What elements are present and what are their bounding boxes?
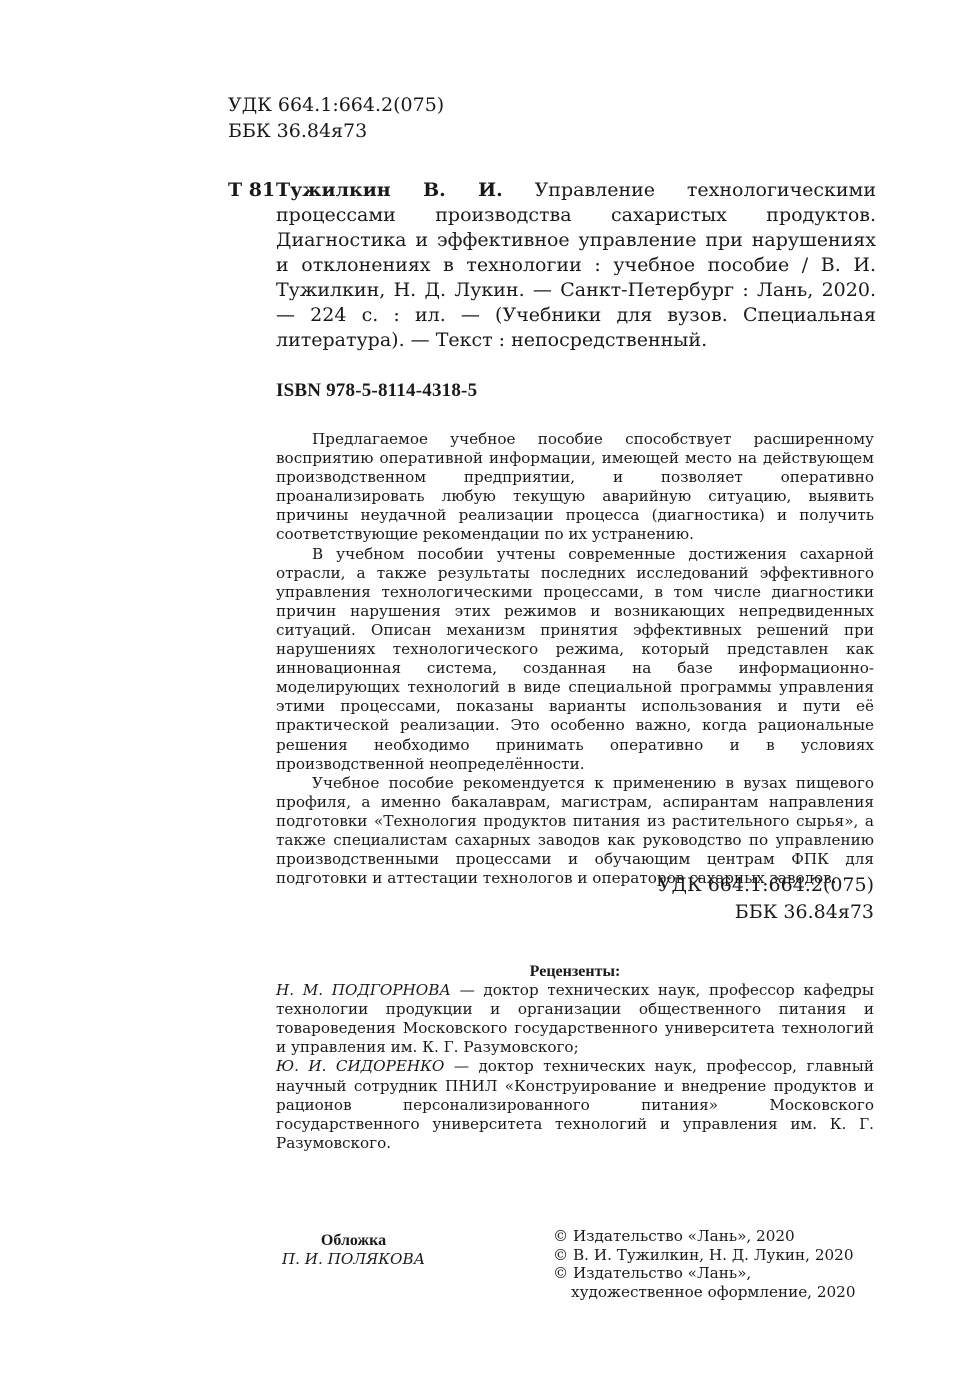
- reviewer-entry: Ю. И. СИДОРЕНКО — доктор технических нау…: [276, 1057, 874, 1152]
- reviewer-entry: Н. М. ПОДГОРНОВА — доктор технических на…: [276, 981, 874, 1057]
- copyright-line: © В. И. Тужилкин, Н. Д. Лукин, 2020: [553, 1246, 856, 1265]
- abstract: Предлагаемое учебное пособие способствуе…: [276, 430, 874, 888]
- classification-codes-top: УДК 664.1:664.2(075) ББК 36.84я73: [228, 92, 444, 144]
- cover-credit: Обложка П. И. ПОЛЯКОВА: [276, 1231, 431, 1269]
- udk-code: УДК 664.1:664.2(075): [658, 872, 874, 899]
- copyright-line: © Издательство «Лань»,: [553, 1264, 856, 1283]
- copyright-line: художественное оформление, 2020: [553, 1283, 856, 1302]
- abstract-paragraph: В учебном пособии учтены современные дос…: [276, 545, 874, 774]
- copyright-block: © Издательство «Лань», 2020 © В. И. Тужи…: [553, 1227, 856, 1301]
- reviewers-section: Рецензенты: Н. М. ПОДГОРНОВА — доктор те…: [276, 962, 874, 1153]
- reviewer-name: Ю. И. СИДОРЕНКО: [276, 1057, 444, 1075]
- bibliographic-record: Т 81 Тужилкин В. И. Управление технологи…: [228, 178, 876, 353]
- reviewers-title: Рецензенты:: [276, 962, 874, 981]
- bbk-code: ББК 36.84я73: [658, 899, 874, 926]
- bibliographic-entry: Тужилкин В. И. Управление технологически…: [276, 178, 876, 353]
- cover-label: Обложка: [276, 1231, 431, 1250]
- abstract-paragraph: Предлагаемое учебное пособие способствуе…: [276, 430, 874, 545]
- copyright-line: © Издательство «Лань», 2020: [553, 1227, 856, 1246]
- reviewer-name: Н. М. ПОДГОРНОВА: [276, 981, 451, 999]
- udk-code: УДК 664.1:664.2(075): [228, 92, 444, 118]
- isbn: ISBN 978-5-8114-4318-5: [276, 380, 477, 402]
- classification-codes-bottom: УДК 664.1:664.2(075) ББК 36.84я73: [658, 872, 874, 926]
- author-sign: Т 81: [228, 178, 275, 203]
- author-name: Тужилкин В. И.: [276, 179, 503, 201]
- cover-artist: П. И. ПОЛЯКОВА: [276, 1250, 431, 1269]
- bbk-code: ББК 36.84я73: [228, 118, 444, 144]
- bibliographic-description: Управление технологическими процессами п…: [276, 179, 876, 351]
